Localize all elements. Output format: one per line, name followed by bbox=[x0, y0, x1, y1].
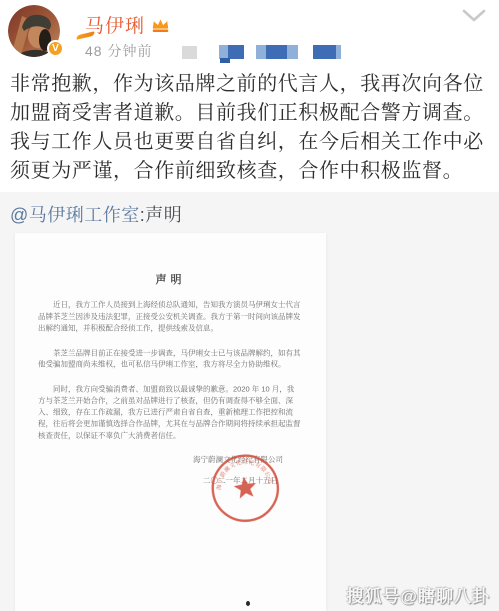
repost-title-text: 声明 bbox=[145, 205, 182, 225]
blurred-source-text bbox=[182, 45, 341, 59]
avatar[interactable]: V bbox=[8, 5, 60, 57]
vip-ribbon-icon bbox=[76, 31, 95, 40]
photo-dust-dot bbox=[246, 601, 250, 606]
redacted-block bbox=[182, 46, 197, 59]
post-card: V 马伊琍 48 分钟前 非常抱歉，作为该品牌之前的代言人，我再次向各位加盟商受… bbox=[0, 0, 499, 192]
repost-author-link[interactable]: @马伊琍工作室 bbox=[10, 205, 140, 225]
repost-card[interactable]: @马伊琍工作室:声明 声明 近日，我方工作人员接到上海经侦总队通知，告知我方演员… bbox=[0, 192, 499, 611]
redacted-block bbox=[256, 45, 298, 59]
meta-row: 48 分钟前 bbox=[85, 41, 341, 61]
statement-doc-title: 声明 bbox=[15, 271, 326, 287]
statement-image[interactable]: 声明 近日，我方工作人员接到上海经侦总队通知，告知我方演员马伊琍女士代言品牌茶芝… bbox=[15, 233, 326, 611]
username-link[interactable]: 马伊琍 bbox=[85, 11, 145, 38]
verified-v-icon: V bbox=[47, 40, 64, 57]
repost-header: @马伊琍工作室:声明 bbox=[10, 201, 182, 227]
company-seal-icon: 海宁蔚澜文化经纪有限公司 bbox=[203, 444, 287, 528]
statement-paragraph: 近日，我方工作人员接到上海经侦总队通知，告知我方演员马伊琍女士代言品牌茶芝兰因涉… bbox=[38, 299, 302, 334]
weibo-post-screenshot: V 马伊琍 48 分钟前 非常抱歉，作为该品牌之前的代言人，我再次向各位加盟商受… bbox=[0, 0, 499, 611]
statement-paragraph: 同时，我方向受骗消费者、加盟商致以最诚挚的歉意。2020 年 10 月，我方与茶… bbox=[38, 383, 302, 441]
redacted-block bbox=[313, 45, 341, 59]
statement-paragraph: 茶芝兰品牌目前正在接受进一步调查，马伊琍女士已与该品牌解约，如有其他受骗加盟商尚… bbox=[38, 347, 302, 370]
chevron-down-icon[interactable] bbox=[461, 8, 487, 24]
timestamp: 48 分钟前 bbox=[85, 41, 152, 61]
vip-crown-icon bbox=[151, 18, 170, 34]
redacted-block bbox=[219, 45, 244, 59]
post-content-text: 非常抱歉，作为该品牌之前的代言人，我再次向各位加盟商受害者道歉。目前我们正积极配… bbox=[10, 70, 493, 186]
sohu-watermark: 搜狐号@瞎聊八卦 bbox=[346, 582, 490, 607]
name-row: 马伊琍 bbox=[85, 11, 170, 38]
